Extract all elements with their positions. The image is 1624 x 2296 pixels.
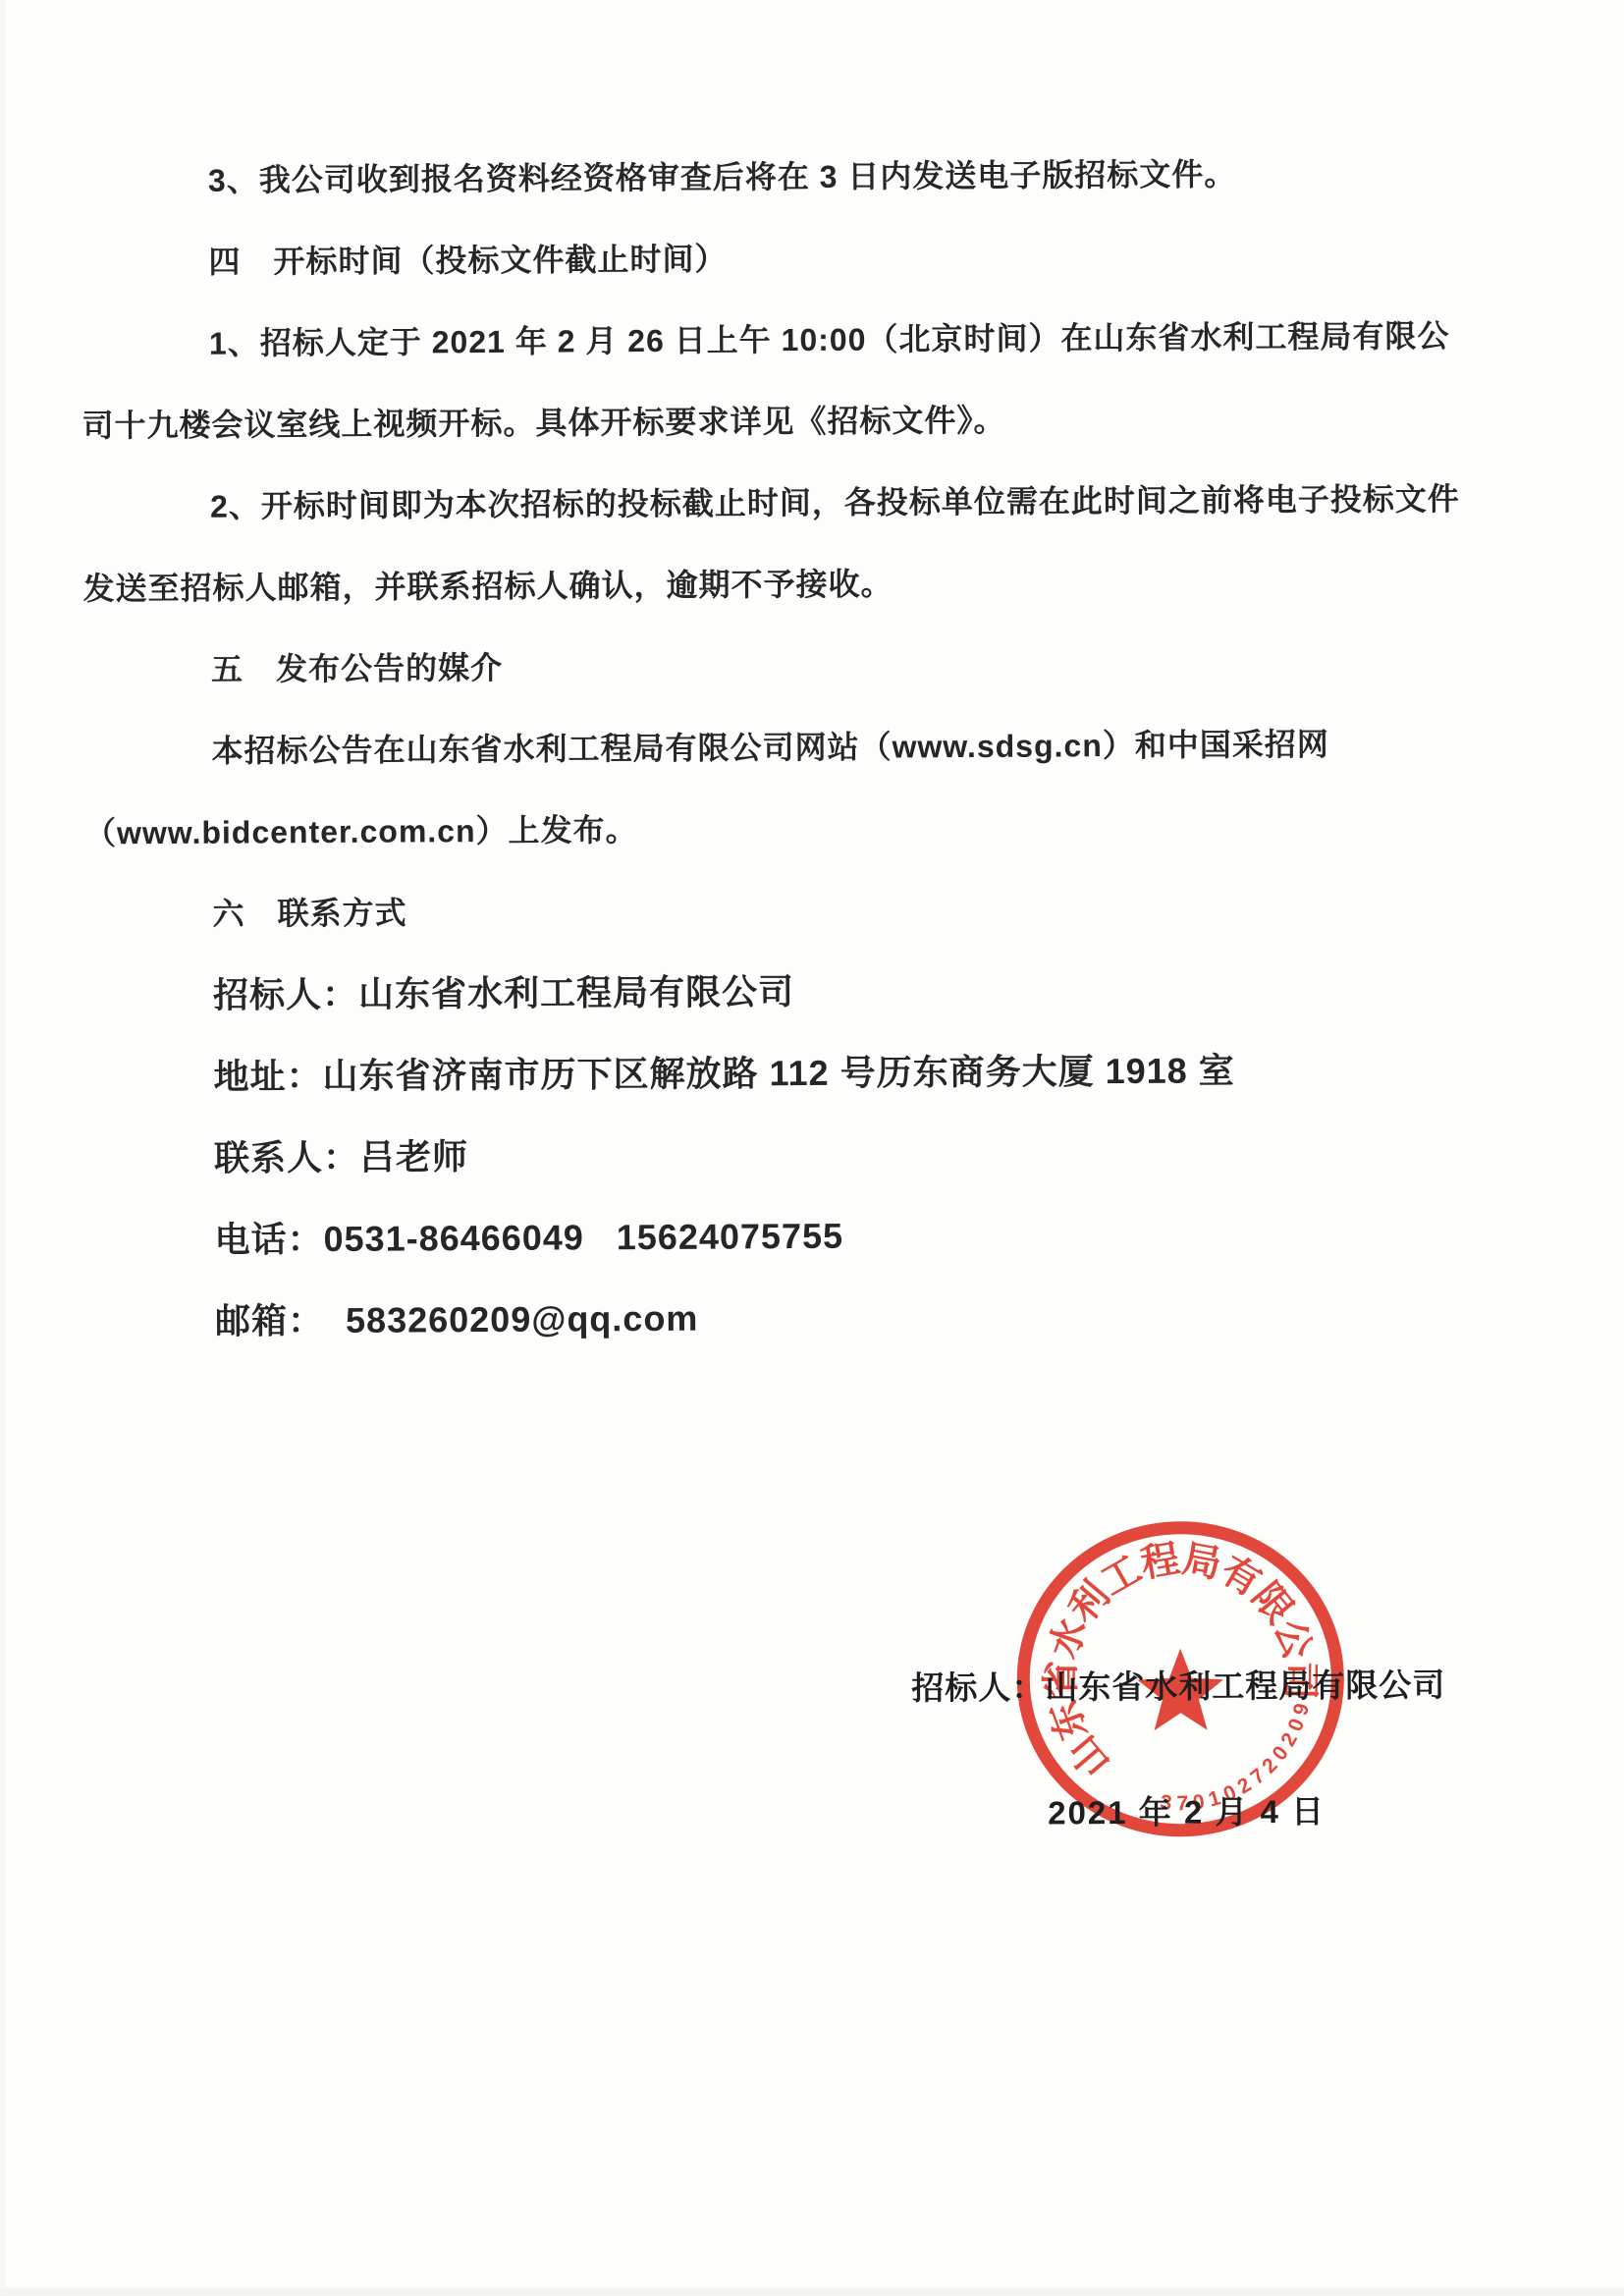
signature-bidder: 招标人：山东省水利工程局有限公司 — [911, 1663, 1445, 1711]
document-line: 四 开标时间（投标文件截止时间） — [0, 210, 1619, 301]
document-line: （www.bidcenter.com.cn）上发布。 — [0, 781, 1622, 872]
document-line: 招标人：山东省水利工程局有限公司 — [0, 944, 1623, 1035]
document-line: 地址：山东省济南市历下区解放路 112 号历东商务大厦 1918 室 — [0, 1025, 1624, 1117]
document-line: 六 联系方式 — [0, 862, 1623, 954]
document-line: 电话：0531-86466049 15624075755 — [0, 1188, 1624, 1280]
signature-date: 2021 年 2 月 4 日 — [1048, 1788, 1446, 1835]
document-line: 邮箱： 583260209@qq.com — [1, 1270, 1624, 1361]
signature-block: 招标人：山东省水利工程局有限公司 2021 年 2 月 4 日 — [911, 1627, 1446, 1872]
document-line: 联系人：吕老师 — [0, 1107, 1624, 1198]
document-content: 3、我公司收到报名资料经资格审查后将在 3 日内发送电子版招标文件。四 开标时间… — [0, 0, 1624, 2296]
document-page: 3、我公司收到报名资料经资格审查后将在 3 日内发送电子版招标文件。四 开标时间… — [0, 0, 1624, 2296]
document-line: 3、我公司收到报名资料经资格审查后将在 3 日内发送电子版招标文件。 — [0, 129, 1618, 220]
document-line: 本招标公告在山东省水利工程局有限公司网站（www.sdsg.cn）和中国采招网 — [0, 699, 1622, 791]
document-body: 3、我公司收到报名资料经资格审查后将在 3 日内发送电子版招标文件。四 开标时间… — [0, 129, 1624, 1361]
document-line: 发送至招标人邮箱，并联系招标人确认，逾期不予接收。 — [0, 536, 1621, 628]
document-line: 五 发布公告的媒介 — [0, 618, 1621, 709]
document-line: 司十九楼会议室线上视频开标。具体开标要求详见《招标文件》。 — [0, 373, 1620, 465]
document-line: 2、开标时间即为本次招标的投标截止时间，各投标单位需在此时间之前将电子投标文件 — [0, 455, 1620, 546]
seal-company-char: 程 — [1138, 1538, 1183, 1586]
document-line: 1、招标人定于 2021 年 2 月 26 日上午 10:00（北京时间）在山东… — [0, 292, 1619, 383]
